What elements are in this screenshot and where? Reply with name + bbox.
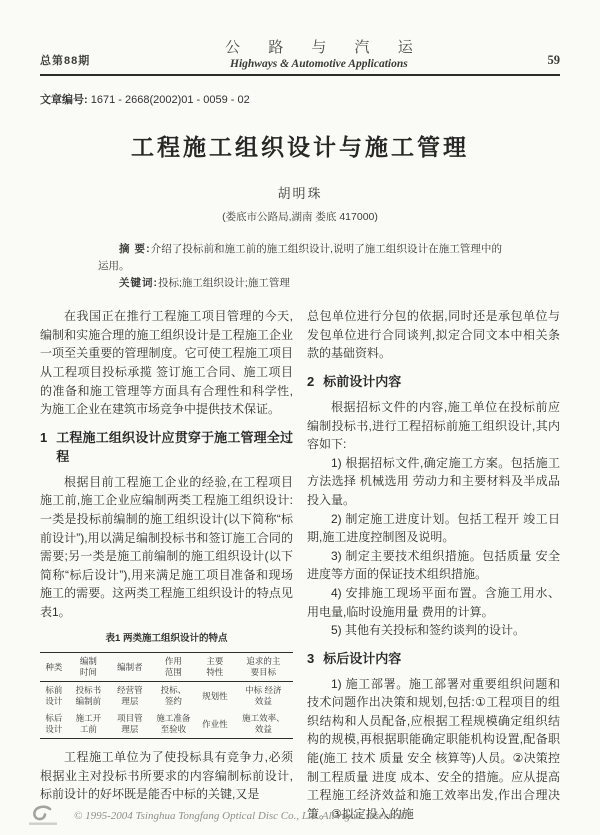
section-2-title: 标前设计内容 xyxy=(323,372,401,391)
journal-title-chinese: 公 路 与 汽 运 xyxy=(90,36,547,57)
copyright-text: © 1995-2004 Tsinghua Tongfang Optical Di… xyxy=(74,810,406,822)
abstract-label: 摘 要: xyxy=(119,243,151,255)
author-affiliation: (娄底市公路局,湖南 娄底 417000) xyxy=(40,209,560,224)
table-1-caption: 表1 两类施工组织设计的特点 xyxy=(40,630,293,649)
page-number: 59 xyxy=(548,53,561,70)
cell: 标后 设计 xyxy=(40,710,68,739)
section-3-paragraph: 1) 施工部署。施工部署对重要组织问题和技术问题作出决策和规划,包括:①工程项目… xyxy=(307,675,560,824)
journal-title-english: Highways & Automotive Applications xyxy=(90,58,547,70)
col-header-scope: 作用 范围 xyxy=(151,653,197,682)
section-1-paragraph: 根据目前工程施工企业的经验,在工程项目施工前,施工企业应编制两类工程施工组织设计… xyxy=(40,473,293,622)
table-1-body: 标前 设计 投标书 编制前 经营管 理层 投标、 签约 规划性 中标 经济 效益… xyxy=(40,682,293,739)
cell: 投标、 签约 xyxy=(151,682,197,711)
cell: 作业性 xyxy=(196,710,234,739)
section-2-number: 2 xyxy=(307,372,314,391)
section-3-heading: 3 标后设计内容 xyxy=(307,649,560,668)
table-row: 标后 设计 施工开 工前 项目管 理层 施工准备 至验收 作业性 施工效率、 效… xyxy=(40,710,293,739)
abstract-text: 介绍了投标前和施工前的施工组织设计,说明了施工组织设计在施工管理中的运用。 xyxy=(98,243,502,272)
issue-number: 总第88期 xyxy=(40,52,90,70)
table-1-header: 种类 编制 时间 编制者 作用 范围 主要 特性 追求的主 要目标 xyxy=(40,653,293,682)
cell: 标前 设计 xyxy=(40,682,68,711)
section-1-title: 工程施工组织设计应贯穿于施工管理全过程 xyxy=(56,428,293,466)
paper-title: 工程施工组织设计与施工管理 xyxy=(40,129,560,162)
section-2-heading: 2 标前设计内容 xyxy=(307,372,560,391)
cell: 中标 经济 效益 xyxy=(234,682,293,711)
article-number-line: 文章编号: 1671 - 2668(2002)01 - 0059 - 02 xyxy=(40,91,560,107)
header-rule xyxy=(40,74,560,76)
list-item-4: 4) 安排施工现场平面布置。含施工用水、用电量,临时设施用量 费用的计算。 xyxy=(307,584,560,621)
after-table-paragraph: 工程施工单位为了使投标具有竞争力,必须根据业主对投标书所要求的内容编制标前设计,… xyxy=(40,748,293,804)
right-column: 总包单位进行分包的依据,同时还是承包单位与发包单位进行合同谈判,拟定合同文本中相… xyxy=(307,307,560,823)
cell: 施工效率、 效益 xyxy=(234,710,293,739)
cell: 经营管 理层 xyxy=(109,682,150,711)
list-item-2: 2) 制定施工进度计划。包括工程开 竣工日期,施工进度控制图及说明。 xyxy=(307,510,560,547)
keywords-paragraph: 关键词:投标;施工组织设计;施工管理 xyxy=(98,275,502,292)
abstract-block: 摘 要:介绍了投标前和施工前的施工组织设计,说明了施工组织设计在施工管理中的运用… xyxy=(98,241,502,292)
page-footer: © 1995-2004 Tsinghua Tongfang Optical Di… xyxy=(28,805,406,827)
abstract-paragraph: 摘 要:介绍了投标前和施工前的施工组织设计,说明了施工组织设计在施工管理中的运用… xyxy=(98,241,502,275)
cell: 施工准备 至验收 xyxy=(151,710,197,739)
list-item-5: 5) 其他有关投标和签约谈判的设计。 xyxy=(307,621,560,640)
section-3-number: 3 xyxy=(307,649,314,668)
article-number-value: 1671 - 2668(2002)01 - 0059 - 02 xyxy=(91,94,250,106)
page-content: 总第88期 公 路 与 汽 运 Highways & Automotive Ap… xyxy=(0,0,600,823)
section-2-intro: 根据招标文件的内容,施工单位在投标前应编制投标书,进行工程招标前施工组织设计,其… xyxy=(307,398,560,454)
table-header-row: 种类 编制 时间 编制者 作用 范围 主要 特性 追求的主 要目标 xyxy=(40,653,293,682)
article-number-label: 文章编号: xyxy=(40,94,88,106)
list-item-3: 3) 制定主要技术组织措施。包括质量 安全 进度等方面的保证技术组织措施。 xyxy=(307,547,560,584)
table-1: 种类 编制 时间 编制者 作用 范围 主要 特性 追求的主 要目标 标前 设计 … xyxy=(40,652,293,739)
cell: 施工开 工前 xyxy=(68,710,109,739)
left-column: 在我国正在推行工程施工项目管理的今天,编制和实施合理的施工组织设计是工程施工企业… xyxy=(40,307,293,823)
cell: 投标书 编制前 xyxy=(68,682,109,711)
body-columns: 在我国正在推行工程施工项目管理的今天,编制和实施合理的施工组织设计是工程施工企业… xyxy=(40,307,560,823)
col-header-trait: 主要 特性 xyxy=(196,653,234,682)
journal-header: 总第88期 公 路 与 汽 运 Highways & Automotive Ap… xyxy=(40,36,560,70)
keywords-label: 关键词: xyxy=(119,277,158,289)
intro-paragraph: 在我国正在推行工程施工项目管理的今天,编制和实施合理的施工组织设计是工程施工企业… xyxy=(40,307,293,419)
cell: 项目管 理层 xyxy=(109,710,150,739)
journal-page: 总第88期 公 路 与 汽 运 Highways & Automotive Ap… xyxy=(0,0,600,835)
section-1-number: 1 xyxy=(40,428,47,466)
col-header-type: 种类 xyxy=(40,653,68,682)
section-1-heading: 1 工程施工组织设计应贯穿于施工管理全过程 xyxy=(40,428,293,466)
keywords-text: 投标;施工组织设计;施工管理 xyxy=(158,277,290,289)
col-header-author: 编制者 xyxy=(109,653,150,682)
author-name: 胡明珠 xyxy=(40,183,560,202)
col-header-goal: 追求的主 要目标 xyxy=(234,653,293,682)
list-item-1: 1) 根据招标文件,确定施工方案。包括施工方法选择 机械选用 劳动力和主要材料及… xyxy=(307,454,560,510)
section-3-title: 标后设计内容 xyxy=(323,649,401,668)
col-header-time: 编制 时间 xyxy=(68,653,109,682)
cell: 规划性 xyxy=(196,682,234,711)
journal-title-block: 公 路 与 汽 运 Highways & Automotive Applicat… xyxy=(90,36,547,70)
table-row: 标前 设计 投标书 编制前 经营管 理层 投标、 签约 规划性 中标 经济 效益 xyxy=(40,682,293,711)
continuation-paragraph: 总包单位进行分包的依据,同时还是承包单位与发包单位进行合同谈判,拟定合同文本中相… xyxy=(307,307,560,363)
publisher-logo-icon xyxy=(28,805,60,827)
